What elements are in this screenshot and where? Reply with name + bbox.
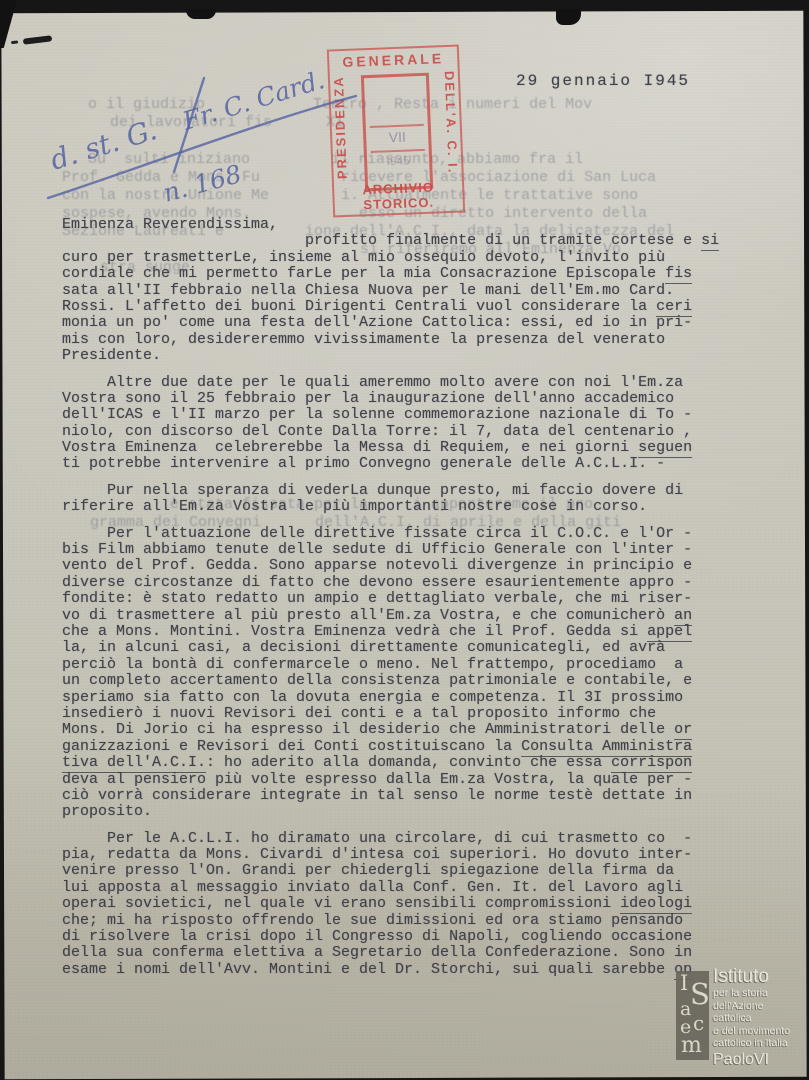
letter-line: ciò vorrà considerare integrate in tal s… <box>62 788 732 804</box>
letter-line: cordiale che mi permetto farLe per la mi… <box>62 266 732 282</box>
annotation-number: n. 168 <box>160 159 245 208</box>
stamp-roman-numeral: VII <box>366 127 429 145</box>
institute-line1: per la storia <box>713 987 798 1000</box>
stamp-text-right: DELL'A. C. I. <box>442 67 461 179</box>
handwritten-annotation: d. st. G. Fr. C. Card. n. 168 <box>34 50 374 220</box>
letter-line: lui apposta al messaggio inviato dalla C… <box>62 880 732 896</box>
institute-line2: dell'Azione cattolica <box>713 1000 798 1025</box>
letter-line: perciò la bontà di confermarcele o meno.… <box>62 657 732 673</box>
letter-line: Vostra Eminenza celebrerebbe la Messa di… <box>62 440 732 456</box>
letter-paragraph: Per l'attuazione delle direttive fissate… <box>62 526 732 821</box>
letter-paragraph: profitto finalmente di un tramite cortes… <box>62 233 732 364</box>
letter-line: tiva dell'A.C.I.: ho aderito alla domand… <box>62 755 732 771</box>
letter-line: Presidente. <box>62 348 732 364</box>
letter-line: un completo accertamento della consisten… <box>62 673 732 689</box>
stamp-year: I945 <box>367 153 429 169</box>
letter-line: deva al pensiero più volte espresso dall… <box>62 772 732 788</box>
letter-line: speriamo sia fatto con la dovuta energia… <box>62 690 732 706</box>
scan-artifact-notch <box>186 9 216 19</box>
annotation-classmark: d. st. G. <box>46 113 160 177</box>
letter-line: la, in alcuni casi, a decisioni direttam… <box>62 640 732 656</box>
letter-line: esame i nomi dell'Avv. Montini e del Dr.… <box>62 962 732 978</box>
annotation-fondo: Fr. C. Card. <box>178 65 328 136</box>
letter-paragraph: Altre due date per le quali ameremmo mol… <box>62 375 732 473</box>
letter-body: Eminenza Reverendissima, profitto finalm… <box>62 217 732 978</box>
letter-line: della sua conferma elettiva a Segretario… <box>62 945 732 961</box>
letter-line: niolo, con discorso del Conte Dalla Torr… <box>62 424 732 440</box>
letter-date: 29 gennaio I945 <box>516 72 690 90</box>
letter-line: Rossi. L'affetto dei buoni Dirigenti Cen… <box>62 299 732 315</box>
institute-line4: cattolico in Italia <box>713 1037 798 1050</box>
letter-line: Eminenza Reverendissima, <box>62 217 732 233</box>
letter-line: di risolvere la crisi dopo il Congresso … <box>62 929 732 945</box>
scanned-letter-page: o il giudizio Teatro , Resta i numeri de… <box>0 0 809 1080</box>
letter-line: vento del Prof. Gedda. Sono apparse note… <box>62 558 732 574</box>
letter-line: che a Mons. Montini. Vostra Eminenza ved… <box>62 624 732 640</box>
monogram-letter: I <box>680 973 688 994</box>
letter-line: Mons. Di Jorio ci ha espresso il desider… <box>62 722 732 738</box>
letter-line: proposito. <box>62 804 732 820</box>
letter-line: operai sovietici, nel quale vi erano sen… <box>62 896 732 912</box>
letter-line: ganizzazioni e Revisori dei Conti costit… <box>62 739 732 755</box>
isacem-caption: Istituto per la storia dell'Azione catto… <box>713 967 798 1068</box>
letter-paragraph: Per le A.C.L.I. ho diramato una circolar… <box>62 831 732 979</box>
letter-paragraph: Pur nella speranza di vederLa dunque pre… <box>62 483 732 516</box>
letter-line: dell'ICAS e l'II marzo per la solenne co… <box>62 407 732 423</box>
letter-line: riferire all'Em.za Vostra le più importa… <box>62 499 732 515</box>
letter-line: fondite: è stato redatto un ampio e dett… <box>62 591 732 607</box>
letter-line: Per le A.C.L.I. ho diramato una circolar… <box>62 831 732 847</box>
monogram-letter: S <box>690 980 710 1009</box>
letter-line: ti potrebbe intervenire al primo Convegn… <box>62 456 732 472</box>
letter-line: Pur nella speranza di vederLa dunque pre… <box>62 483 732 499</box>
letter-line: pia, redatta da Mons. Civardi d'intesa c… <box>62 847 732 863</box>
institute-title: Istituto <box>713 967 798 987</box>
letter-line: curo per trasmetterLe, insieme al mio os… <box>62 250 732 266</box>
monogram-letter: c <box>693 1013 704 1033</box>
isacem-monogram: ISaecm <box>676 971 709 1060</box>
letter-line: vo di trasmettere al più presto all'Em.z… <box>62 608 732 624</box>
letter-line: Altre due date per le quali ameremmo mol… <box>62 375 732 391</box>
institute-line3: e del movimento <box>713 1025 798 1038</box>
letter-line: sata all'II febbraio nella Chiesa Nuova … <box>62 283 732 299</box>
letter-line: diverse circostanze di fatto che devono … <box>62 575 732 591</box>
institute-name: PaoloVI <box>713 1051 798 1068</box>
letter-line: profitto finalmente di un tramite cortes… <box>62 233 732 249</box>
isacem-watermark: ISaecm Istituto per la storia dell'Azion… <box>676 967 798 1063</box>
letter-line: monia un po' come una festa dell'Azione … <box>62 315 732 331</box>
letter-line: che; mi ha risposto offrendo le sue dimi… <box>62 913 732 929</box>
monogram-letter: m <box>681 1035 702 1057</box>
letter-line: Vostra sono il 25 febbraio per la inaugu… <box>62 391 732 407</box>
letter-line: mis con loro, desidereremmo vivissimamen… <box>62 332 732 348</box>
letter-line: Per l'attuazione delle direttive fissate… <box>62 526 732 542</box>
letter-line: bis Film abbiamo tenute delle sedute di … <box>62 542 732 558</box>
letter-line: insedierò i nuovi Revisori dei conti e a… <box>62 706 732 722</box>
letter-line: venire presso l'On. Grandi per chiedergl… <box>62 863 732 879</box>
